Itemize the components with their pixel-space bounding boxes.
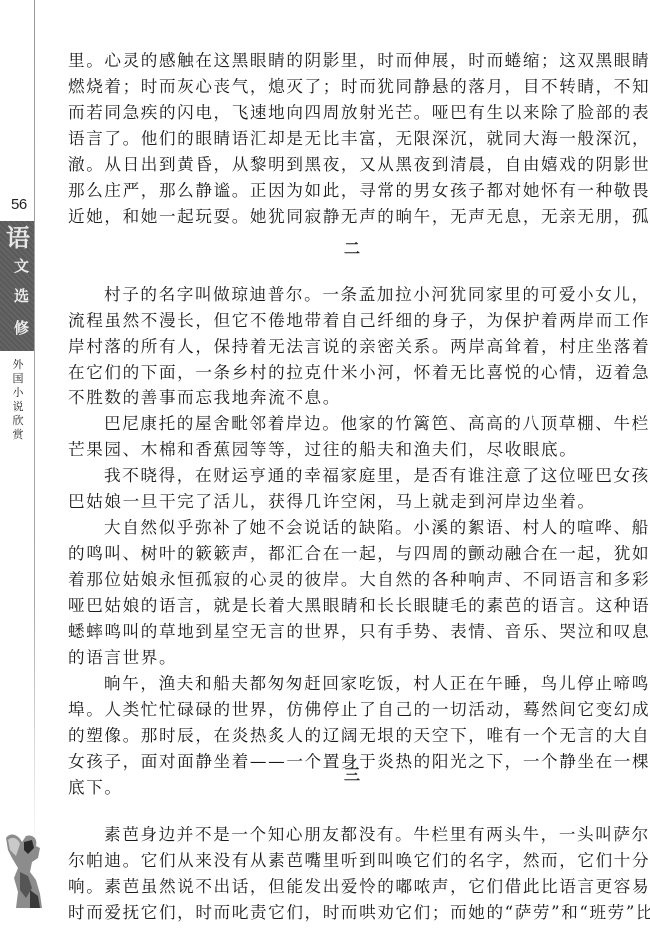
series-tab-char-3: 选 — [14, 287, 29, 305]
page-number: 56 — [11, 196, 27, 213]
series-tab-char-4: 修 — [14, 319, 29, 337]
text-line: 燃烧着；时而灰心丧气，熄灭了；时而犹同静悬的落月，目不转睛，不知凝视着什么；时 — [68, 76, 638, 98]
section-marker-3: 三 — [344, 762, 360, 785]
text-line: 时而爱抚它们，时而叱责它们，时而哄劝它们；而她的“萨劳”和“班劳”比人更能理解 — [68, 902, 638, 924]
text-line: 的塑像。那时辰，在炎热炙人的辽阔无垠的天空下，唯有一个无言的大自然和一位无言的 — [68, 725, 638, 747]
series-tab-char-1: 语 — [6, 225, 30, 251]
text-line: 响。素芭虽然说不出话，但能发出爱怜的嘟哝声，它们借此比语言更容易理解素芭。素芭 — [68, 876, 638, 898]
text-line: 而若同急疾的闪电，飞速地向四周放射光芒。哑巴有生以来除了脸部的表情再没有其他的 — [68, 102, 638, 124]
text-line: 晌午，渔夫和船夫都匆匆赶回家吃饭，村人正在午睡，鸟儿停止啼鸣，渡船停泊在岸 — [104, 673, 638, 695]
text-line: 澈。从日出到黄昏，从黎明到黑夜，又从黑夜到清晨，自由嬉戏的阴影世界和孤寂大地是 — [68, 154, 638, 176]
text-line: 巴尼康托的屋舍毗邻着岸边。他家的竹篱笆、高高的八顶草棚、牛栏、草垛、谷仓、 — [104, 413, 638, 435]
text-line: 埠。人类忙忙碌碌的世界，仿佛停止了自己的一切活动，蓦然间它变幻成一座可怖且孤寂 — [68, 699, 638, 721]
text-line: 蟋蟀鸣叫的草地到星空无言的世界，只有手势、表情、音乐、哭泣和叹息，充盈在那广阔 — [68, 621, 638, 643]
text-line: 着那位姑娘永恒孤寂的心灵的彼岸。大自然的各种响声、不同语言和多彩运动，就是这位 — [68, 569, 638, 591]
text-line: 素芭身边并不是一个知心朋友都没有。牛栏里有两头牛，一头叫萨尔帕迪，一头叫班 — [104, 824, 638, 846]
text-line: 的鸣叫、树叶的簌簌声，都汇合在一起，与四周的颤动融合在一起，犹如大海波涛，拍打 — [68, 543, 638, 565]
text-line: 巴姑娘一旦干完了活儿，获得几许空闲，马上就走到河岸边坐着。 — [68, 491, 638, 513]
text-line: 语言了。他们的眼睛语汇却是无比丰富，无限深沉，就同大海一般深沉，就像蓝天一般清 — [68, 128, 638, 150]
text-line: 哑巴姑娘的语言，就是长着大黑眼睛和长长眼睫毛的素芭的语言。这种语言包罗万象，从 — [68, 595, 638, 617]
text-line: 在它们的下面，一条乡村的拉克什米小河，怀着无比喜悦的心情，迈着急疾的步伐，为数 — [68, 362, 638, 384]
text-line: 流程虽然不漫长，但它不倦地带着自己纤细的身子，为保护着两岸而工作着，仿佛它与两 — [68, 310, 638, 332]
text-line: 我不晓得，在财运亨通的幸福家庭里，是否有谁注意了这位哑巴女孩。但是，那位哑 — [104, 465, 638, 487]
text-line: 岸村落的所有人，保持着无法言说的亲密关系。两岸高耸着，村庄坐落着，大树矗立着。 — [68, 336, 638, 358]
text-line: 里。心灵的感触在这黑眼睛的阴影里，时而伸展，时而蜷缩；这双黑眼睛时而炯炯有神， — [68, 50, 638, 72]
statue-illustration-icon — [2, 828, 46, 910]
text-line: 尔帕迪。它们从来没有从素芭嘴里听到叫唤它们的名字，然而，它们十分熟悉她的脚步声 — [68, 850, 638, 872]
text-line: 芒果园、木棉和香蕉园等等，过往的船夫和渔夫们，尽收眼底。 — [68, 439, 638, 461]
text-line: 大自然似乎弥补了她不会说话的缺陷。小溪的絮语、村人的喧哗、船夫的哼唱、鸟儿 — [104, 517, 638, 539]
text-line: 那么庄严，那么静谧。正因为如此，寻常的男女孩子都对她怀有一种敬畏的心理，不敢接 — [68, 180, 638, 202]
book-subtitle: 外国小说欣赏 — [10, 358, 26, 442]
series-tab-char-2: 文 — [14, 257, 29, 275]
margin-rule — [34, 0, 35, 860]
section-marker-2: 二 — [344, 236, 360, 259]
text-line: 近她，和她一起玩耍。她犹同寂静无声的晌午，无声无息，无亲无朋，孤寂地伫立着。 — [68, 206, 638, 228]
text-line: 的语言世界。 — [68, 647, 638, 669]
text-line: 村子的名字叫做琼迪普尔。一条孟加拉小河犹同家里的可爱小女儿，流经村旁。它的 — [104, 284, 638, 306]
series-tab: 语 文 选 修 — [0, 221, 34, 351]
text-line: 不胜数的善事而忘我地奔流不息。 — [68, 387, 638, 409]
